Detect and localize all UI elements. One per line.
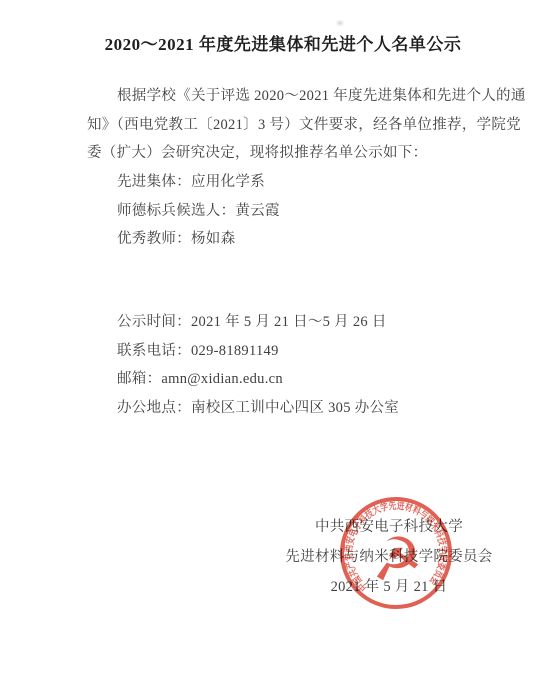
document-page: 2020～2021 年度先进集体和先进个人名单公示 根据学校《关于评选 2020… (0, 0, 554, 685)
signature-block: 中共西安电子科技大学 先进材料与纳米科技学院委员会 2021 年 5 月 21 … (249, 512, 529, 602)
phone-line: 联系电话：029-81891149 (117, 337, 399, 366)
signature-org-line2: 先进材料与纳米科技学院委员会 (249, 542, 529, 572)
scan-smudge (337, 21, 343, 25)
list-item-excellent-teacher: 优秀教师：杨如森 (117, 225, 280, 254)
contact-info: 公示时间：2021 年 5 月 21 日～5 月 26 日 联系电话：029-8… (117, 308, 399, 423)
awards-list: 先进集体：应用化学系 师德标兵候选人：黄云霞 优秀教师：杨如森 (117, 168, 280, 254)
email-line: 邮箱：amn@xidian.edu.cn (117, 365, 399, 394)
intro-paragraph: 根据学校《关于评选 2020～2021 年度先进集体和先进个人的通 知》（西电党… (87, 82, 487, 168)
paragraph-line: 委（扩大）会研究决定，现将拟推荐名单公示如下： (87, 139, 487, 168)
paragraph-line: 根据学校《关于评选 2020～2021 年度先进集体和先进个人的通 (87, 82, 487, 111)
list-item-model-teacher-candidate: 师德标兵候选人：黄云霞 (117, 197, 280, 226)
signature-org-line1: 中共西安电子科技大学 (249, 512, 529, 542)
page-title: 2020～2021 年度先进集体和先进个人名单公示 (87, 30, 479, 55)
publicity-period-line: 公示时间：2021 年 5 月 21 日～5 月 26 日 (117, 308, 399, 337)
paragraph-line: 知》（西电党教工〔2021〕3 号）文件要求，经各单位推荐，学院党 (87, 111, 487, 140)
signature-date: 2021 年 5 月 21 日 (249, 572, 529, 602)
office-address-line: 办公地点：南校区工训中心四区 305 办公室 (117, 394, 399, 423)
list-item-advanced-collective: 先进集体：应用化学系 (117, 168, 280, 197)
